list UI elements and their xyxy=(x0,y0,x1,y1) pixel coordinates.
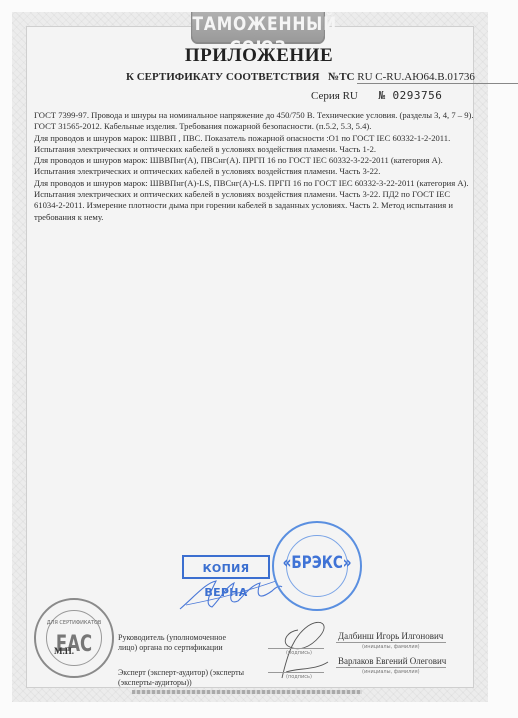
head-signature-caption: (подпись) xyxy=(286,650,312,656)
brex-company-stamp: «БРЭКС» xyxy=(272,521,362,611)
standard-paragraph: Для проводов и шнуров марок: ШВВПнг(А), … xyxy=(34,155,474,178)
head-of-body-role: Руководитель (уполномоченное лицо) орган… xyxy=(118,633,236,652)
certificate-prefix: К СЕРТИФИКАТУ СООТВЕТСТВИЯ xyxy=(126,71,319,83)
expert-name-caption: (инициалы, фамилия) xyxy=(362,669,420,675)
footer-microprint xyxy=(132,690,362,694)
expert-name: Варлаков Евгений Олегович xyxy=(338,656,446,666)
head-name-caption: (инициалы, фамилия) xyxy=(362,644,420,650)
eac-certification-stamp: ДЛЯ СЕРТИФИКАТОВ ЕАС xyxy=(34,598,114,678)
seal-label: М.П. xyxy=(54,646,74,656)
serial-number: 0293756 xyxy=(392,89,442,102)
standard-paragraph: Для проводов и шнуров марок: ШВВПнг(А)-L… xyxy=(34,178,474,223)
expert-name-line xyxy=(336,667,446,668)
expert-signature-caption: (подпись) xyxy=(286,674,312,680)
eac-stamp-caption: ДЛЯ СЕРТИФИКАТОВ xyxy=(36,620,112,626)
standard-paragraph: ГОСТ 7399-97. Провода и шнуры на номинал… xyxy=(34,110,474,121)
series-line: Серия RU № 0293756 xyxy=(311,89,442,102)
series-value: RU xyxy=(343,90,358,102)
serial-label: № xyxy=(379,89,386,102)
certificate-reference: К СЕРТИФИКАТУ СООТВЕТСТВИЯ №ТС RU C-RU.А… xyxy=(126,71,518,83)
standard-paragraph: ГОСТ 31565-2012. Кабельные изделия. Треб… xyxy=(34,121,474,132)
head-signature-line xyxy=(268,648,324,649)
certificate-no-label: №ТС xyxy=(328,71,354,83)
expert-role: Эксперт (эксперт-аудитор) (эксперты (экс… xyxy=(118,668,268,687)
brex-stamp-name: «БРЭКС» xyxy=(283,553,352,573)
head-name: Далбинш Игорь Илгонович xyxy=(338,631,443,641)
series-label: Серия xyxy=(311,90,340,102)
standards-list: ГОСТ 7399-97. Провода и шнуры на номинал… xyxy=(34,110,474,223)
blue-signature xyxy=(176,575,286,615)
certificate-number: RU C-RU.АЮ64.В.01736 xyxy=(357,71,518,84)
head-name-line xyxy=(336,642,446,643)
expert-signature-line xyxy=(268,672,324,673)
document-title: ПРИЛОЖЕНИЕ xyxy=(0,45,518,67)
customs-union-banner: ТАМОЖЕННЫЙ СОЮЗ xyxy=(191,12,325,44)
standard-paragraph: Для проводов и шнуров марок: ШВВП , ПВС.… xyxy=(34,133,474,156)
